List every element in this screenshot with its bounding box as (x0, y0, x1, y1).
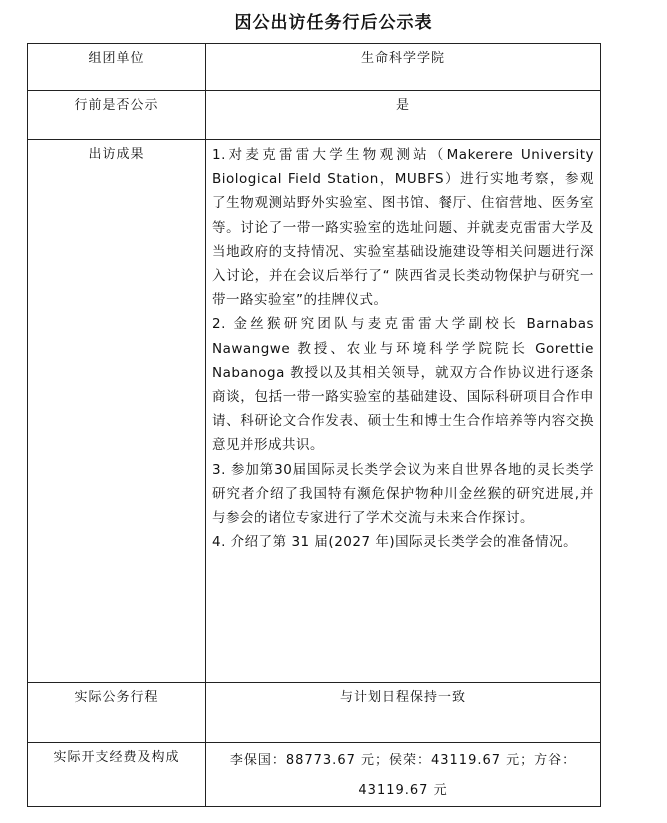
document-title: 因公出访任务行后公示表 (0, 8, 667, 33)
result-item-3: 3. 参加第30届国际灵长类学会议为来自世界各地的灵长类学研究者介绍了我国特有濒… (212, 458, 594, 531)
row-value: 李保国：88773.67 元；侯荣：43119.67 元；方谷：43119.67… (206, 743, 601, 807)
row-label: 组团单位 (28, 44, 206, 91)
row-label: 行前是否公示 (28, 91, 206, 140)
result-item-1: 1.对麦克雷雷大学生物观测站（Makerere University Biolo… (212, 143, 594, 312)
row-label: 实际公务行程 (28, 683, 206, 743)
disclosure-table: 组团单位 生命科学学院 行前是否公示 是 出访成果 1.对麦克雷雷大学生物观测站… (27, 43, 601, 807)
row-value: 与计划日程保持一致 (206, 683, 601, 743)
row-label: 实际开支经费及构成 (28, 743, 206, 807)
results-text: 1.对麦克雷雷大学生物观测站（Makerere University Biolo… (206, 140, 600, 554)
table-row-actual-itinerary: 实际公务行程 与计划日程保持一致 (28, 683, 601, 743)
row-value: 1.对麦克雷雷大学生物观测站（Makerere University Biolo… (206, 140, 601, 683)
row-value: 生命科学学院 (206, 44, 601, 91)
table-row-visit-results: 出访成果 1.对麦克雷雷大学生物观测站（Makerere University … (28, 140, 601, 683)
row-value: 是 (206, 91, 601, 140)
table-row-organizing-unit: 组团单位 生命科学学院 (28, 44, 601, 91)
table-row-pre-trip-disclosure: 行前是否公示 是 (28, 91, 601, 140)
row-label: 出访成果 (28, 140, 206, 683)
result-item-2: 2. 金丝猴研究团队与麦克雷雷大学副校长 Barnabas Nawangwe 教… (212, 312, 594, 457)
table-row-actual-expenses: 实际开支经费及构成 李保国：88773.67 元；侯荣：43119.67 元；方… (28, 743, 601, 807)
result-item-4: 4. 介绍了第 31 届(2027 年)国际灵长类学会的准备情况。 (212, 530, 594, 554)
